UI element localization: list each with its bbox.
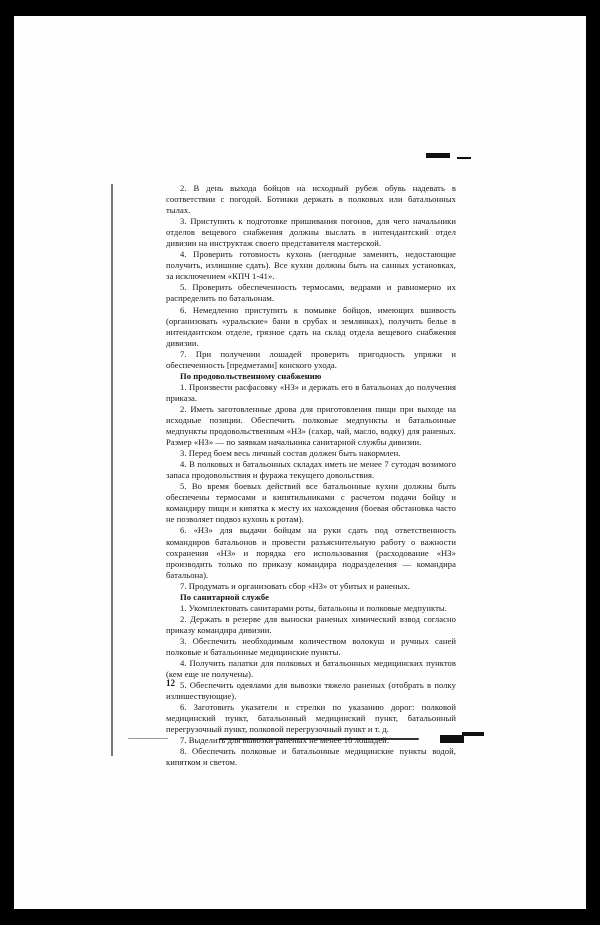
- paragraph: 8. Обеспечить полковые и батальонные мед…: [166, 746, 456, 768]
- paragraph: 4. В полковых и батальонных складах имет…: [166, 459, 456, 481]
- paragraph: 5. Во время боевых действий все батальон…: [166, 481, 456, 525]
- paragraph: 7. Выделить для вывозки раненых не менее…: [166, 735, 456, 746]
- paragraph: 3. Перед боем весь личный состав должен …: [166, 448, 456, 459]
- paragraph: 4. Получить палатки для полковых и батал…: [166, 658, 456, 680]
- paragraph: 6. «НЗ» для выдачи бойцам на руки сдать …: [166, 525, 456, 580]
- paragraph: 6. Немедленно приступить к помывке бойцо…: [166, 305, 456, 349]
- section-heading-food-supply: По продовольственному снабжению: [166, 371, 456, 382]
- paragraph: 2. В день выхода бойцов на исходный рубе…: [166, 183, 456, 216]
- paragraph: 3. Приступить к подготовке пришивания по…: [166, 216, 456, 249]
- paragraph: 2. Иметь заготовленные дрова для пригото…: [166, 404, 456, 448]
- paragraph: 7. Продумать и организовать сбор «НЗ» от…: [166, 581, 456, 592]
- paragraph: 5. Обеспечить одеялами для вывозки тяжел…: [166, 680, 456, 702]
- scan-artifact-bottom-dash: [462, 732, 484, 736]
- paragraph: 4. Проверить готовность кухонь (негодные…: [166, 249, 456, 282]
- document-body: 2. В день выхода бойцов на исходный рубе…: [166, 183, 456, 768]
- page-left-edge-shadow: [111, 184, 113, 756]
- paragraph: 2. Держать в резерве для выноски раненых…: [166, 614, 456, 636]
- scan-artifact-top-bar: [426, 153, 450, 158]
- paragraph: 3. Обеспечить необходимым количеством во…: [166, 636, 456, 658]
- page-number: 12: [166, 678, 175, 688]
- paragraph: 6. Заготовить указатели и стрелки по ука…: [166, 702, 456, 735]
- paragraph: 5. Проверить обеспеченность термосами, в…: [166, 282, 456, 304]
- scan-artifact-top-dash: [457, 157, 471, 159]
- paragraph: 1. Укомплектовать санитарами роты, батал…: [166, 603, 456, 614]
- section-heading-medical-service: По санитарной службе: [166, 592, 456, 603]
- paragraph: 1. Произвести расфасовку «НЗ» и держать …: [166, 382, 456, 404]
- scan-artifact-bottom-line: [128, 738, 168, 739]
- paragraph: 7. При получении лошадей проверить приго…: [166, 349, 456, 371]
